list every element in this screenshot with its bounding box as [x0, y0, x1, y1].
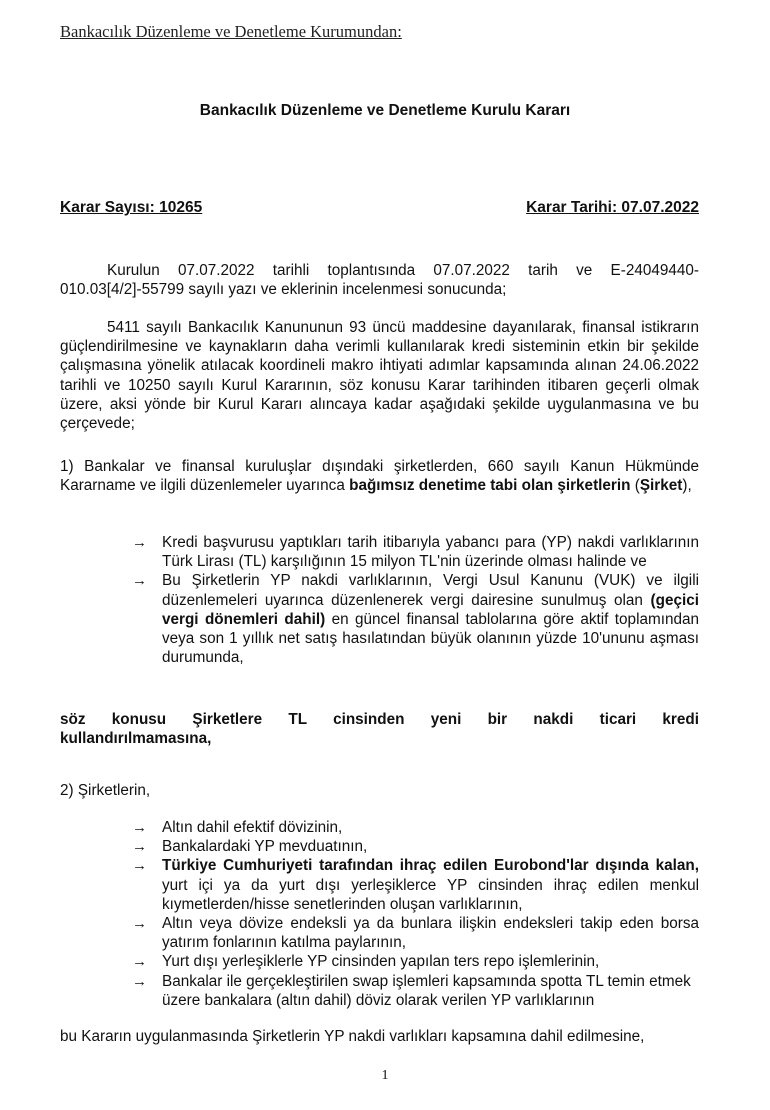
decision-date: Karar Tarihi: 07.07.2022 — [526, 199, 699, 217]
arrow-right-icon: → — [132, 952, 147, 971]
list-item: → Kredi başvurusu yaptıkları tarih itiba… — [132, 533, 699, 571]
bullet-list-assets: → Altın dahil efektif dövizinin, → Banka… — [132, 818, 699, 1010]
document-page: Bankacılık Düzenleme ve Denetleme Kurumu… — [0, 0, 770, 1110]
list-item: → Bu Şirketlerin YP nakdi varlıklarının,… — [132, 571, 699, 667]
paragraph-legal-basis: 5411 sayılı Bankacılık Kanununun 93 üncü… — [60, 318, 699, 433]
text: Bu Şirketlerin YP nakdi varlıklarının, V… — [162, 572, 699, 608]
text: söz konusu Şirketlere TL cinsinden yeni … — [60, 710, 699, 729]
list-item: → Altın veya dövize endeksli ya da bunla… — [132, 914, 699, 952]
paragraph-credit-restriction: söz konusu Şirketlere TL cinsinden yeni … — [60, 710, 699, 748]
document-title: Bankacılık Düzenleme ve Denetleme Kurulu… — [0, 102, 770, 120]
list-item-text: Bankalar ile gerçekleştirilen swap işlem… — [162, 973, 691, 1009]
bold-text: bağımsız denetime tabi olan şirketlerin — [349, 477, 630, 494]
list-item-text: Yurt dışı yerleşiklerle YP cinsinden yap… — [162, 953, 599, 970]
arrow-right-icon: → — [132, 856, 147, 875]
arrow-right-icon: → — [132, 818, 147, 837]
list-item: → Bankalardaki YP mevduatının, — [132, 837, 699, 856]
list-item: → Altın dahil efektif dövizinin, — [132, 818, 699, 837]
decision-number: Karar Sayısı: 10265 — [60, 199, 202, 217]
paragraph-article-1: 1) Bankalar ve finansal kuruluşlar dışın… — [60, 457, 699, 495]
list-item: → Türkiye Cumhuriyeti tarafından ihraç e… — [132, 856, 699, 914]
list-item-text: Kredi başvurusu yaptıkları tarih itibarı… — [162, 534, 699, 570]
text: yurt içi ya da yurt dışı yerleşiklerce Y… — [162, 877, 699, 913]
list-item: → Bankalar ile gerçekleştirilen swap işl… — [132, 972, 699, 1010]
arrow-right-icon: → — [132, 914, 147, 933]
bullet-list-conditions: → Kredi başvurusu yaptıkları tarih itiba… — [132, 533, 699, 667]
arrow-right-icon: → — [132, 837, 147, 856]
text: kullandırılmamasına, — [60, 730, 211, 747]
text: ( — [630, 477, 639, 494]
paragraph-intro: Kurulun 07.07.2022 tarihli toplantısında… — [60, 261, 699, 299]
arrow-right-icon: → — [132, 533, 147, 552]
text: ), — [682, 477, 691, 494]
bold-text: Şirket — [640, 477, 683, 494]
arrow-right-icon: → — [132, 571, 147, 590]
page-number: 1 — [0, 1068, 770, 1084]
issuing-authority-header: Bankacılık Düzenleme ve Denetleme Kurumu… — [60, 22, 402, 42]
paragraph-article-2: 2) Şirketlerin, — [60, 781, 699, 800]
list-item-text: Altın veya dövize endeksli ya da bunlara… — [162, 915, 699, 951]
list-item-text: Bankalardaki YP mevduatının, — [162, 838, 367, 855]
list-item-text: Altın dahil efektif dövizinin, — [162, 819, 342, 836]
list-item: → Yurt dışı yerleşiklerle YP cinsinden y… — [132, 952, 699, 971]
arrow-right-icon: → — [132, 972, 147, 991]
bold-text: Türkiye Cumhuriyeti tarafından ihraç edi… — [162, 857, 699, 874]
paragraph-inclusion: bu Kararın uygulanmasında Şirketlerin YP… — [60, 1027, 699, 1046]
